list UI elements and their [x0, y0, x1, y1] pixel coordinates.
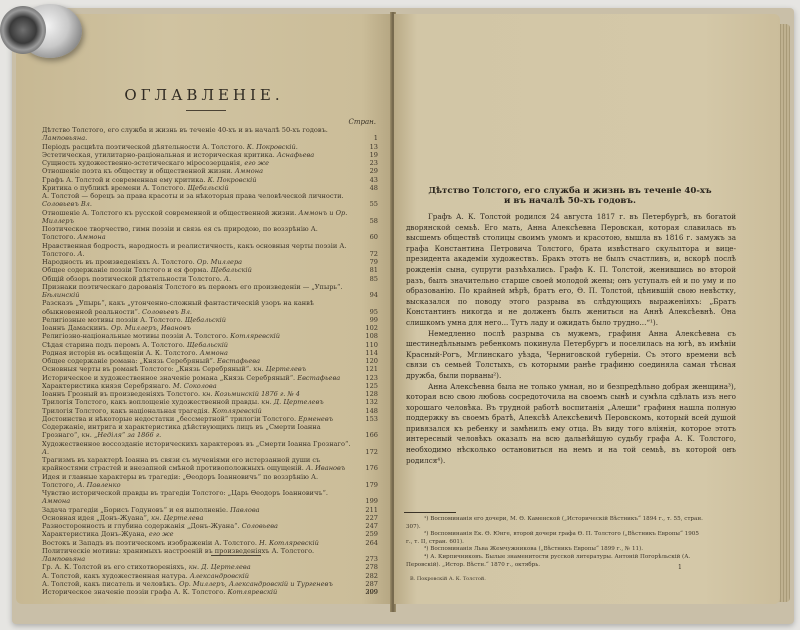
- toc-entry-author: его же: [149, 530, 174, 538]
- toc-entry: Трилогія Толстого, какъ національная тра…: [42, 407, 378, 415]
- toc-entry-text: Общее содержаніе романа: „Князь Серебрян…: [42, 357, 215, 365]
- toc-entry-text: Іоаннъ Дамаскинъ.: [42, 324, 109, 332]
- toc-entry-page: 55: [356, 200, 378, 208]
- toc-entry-title: Общее содержаніе поэзіи Толстого и ея фо…: [42, 266, 378, 274]
- toc-entry-title: А. Толстой, какъ художественная натура. …: [42, 572, 378, 580]
- toc-entry-author: А.: [42, 448, 49, 456]
- toc-entry-author: Евстафьева: [297, 374, 340, 382]
- toc-entry-title: Трилогія Толстого, какъ національная тра…: [42, 407, 378, 415]
- toc-entry-page: 60: [356, 233, 378, 241]
- toc-entry-page: 19: [356, 151, 378, 159]
- toc-entry-title: Родная исторія въ освѣщеніи А. К. Толсто…: [42, 349, 378, 357]
- toc-entry-text: Дѣтство Толстого, его служба и жизнь въ …: [42, 126, 328, 134]
- toc-entry-title: Народность въ произведеніяхъ А. Толстого…: [42, 258, 378, 266]
- printer-signature: В. Покровскій А. К. Толстой.: [410, 576, 486, 582]
- toc-entry-title: Эстетическая, утилитарно-раціональная и …: [42, 151, 378, 159]
- toc-entry: Сѣдая старина подъ перомъ А. Толстого. Щ…: [42, 341, 378, 349]
- toc-entry-page: 166: [356, 431, 378, 439]
- toc-entry-title: Разносторонность и глубина содержанія „Д…: [42, 522, 378, 530]
- toc-entry-author: Ор. Миллеръ, Ивановъ: [111, 324, 191, 332]
- toc-entry-author: Котляревскій: [230, 332, 280, 340]
- toc-entry-page: 43: [356, 176, 378, 184]
- toc-entry-page: 128: [356, 390, 378, 398]
- toc-entry-title: Чувство исторической правды въ трагедіи …: [42, 489, 378, 506]
- chapter-title-line-1: Дѣтство Толстого, его служба и жизнь въ …: [400, 186, 740, 196]
- toc-entry-author: Щебальскій: [187, 341, 228, 349]
- toc-entry: Признаки поэтическаго дарованія Толстого…: [42, 283, 378, 300]
- toc-entry: Общее содержаніе романа: „Князь Серебрян…: [42, 357, 378, 365]
- toc-heading: ОГЛАВЛЕНІЕ.: [16, 86, 392, 104]
- toc-entry-text: Основная идея „Донъ-Жуана“,: [42, 514, 149, 522]
- toc-entry-page: 121: [356, 365, 378, 373]
- toc-entry-page: 120: [356, 357, 378, 365]
- chapter-title-line-2: и въ началѣ 50-хъ годовъ.: [400, 196, 740, 206]
- toc-entry-title: Религіозно-національные мотивы поэзіи А.…: [42, 332, 378, 340]
- toc-entry-author: А. Ивановъ: [306, 464, 345, 472]
- toc-entry-title: Востокъ и Западъ въ поэтическомъ изображ…: [42, 539, 378, 547]
- toc-entry-title: Основная идея „Донъ-Жуана“, кн. Цертелев…: [42, 514, 378, 522]
- toc-entry: Основная идея „Донъ-Жуана“, кн. Цертелев…: [42, 514, 378, 522]
- toc-entry-text: Историческое и художественное значеніе р…: [42, 374, 295, 382]
- toc-entry-title: Признаки поэтическаго дарованія Толстого…: [42, 283, 378, 300]
- toc-entry-page: 81: [356, 266, 378, 274]
- toc-entry-title: Достоинства и нѣкоторые недостатки „бесс…: [42, 415, 378, 423]
- toc-entry-text: Критика о публикѣ времени А. Толстого.: [42, 184, 185, 192]
- toc-entry-author: Щебальскій: [187, 184, 228, 192]
- toc-entry-page: 278: [356, 563, 378, 571]
- toc-entry-page: 176: [356, 464, 378, 472]
- toc-entry-author: А. Павленко: [78, 481, 121, 489]
- toc-entry-author: Аммона: [200, 349, 228, 357]
- toc-entry-page: 23: [356, 159, 378, 167]
- toc-entry-page: 108: [356, 332, 378, 340]
- toc-entry-text: Чувство исторической правды въ трагедіи …: [42, 489, 328, 497]
- toc-entry-author: Ламповьяна: [42, 555, 85, 563]
- toc-entry: Гр. А. К. Толстой въ его стихотвореніяхъ…: [42, 563, 378, 571]
- toc-entry-author: Александровскій: [190, 572, 249, 580]
- toc-entry-title: Характеристика Донъ-Жуана, его же: [42, 530, 378, 538]
- toc-entry-page: 211: [356, 506, 378, 514]
- toc-entry-title: Религіозные мотивы поэзіи А. Толстого. Щ…: [42, 316, 378, 324]
- toc-entry-author: кн. Д. Цертелевъ: [261, 398, 323, 406]
- chapter-title: Дѣтство Толстого, его служба и жизнь въ …: [400, 186, 740, 206]
- toc-entry-title: Графъ А. Толстой и современная ему крити…: [42, 176, 378, 184]
- paragraph: Немедленно послѣ разрыва съ мужемъ, граф…: [406, 329, 736, 382]
- toc-entry: Характеристика Донъ-Жуана, его же259: [42, 530, 378, 538]
- toc-entry-author: Евстафьева: [217, 357, 260, 365]
- toc-entry: Политическіе мотивы: хранимыхъ настроені…: [42, 547, 378, 564]
- toc-entry-page: 13: [356, 143, 378, 151]
- toc-entry-title: Трилогія Толстого, какъ воплощеніе худож…: [42, 398, 378, 406]
- toc-entry-title: Отношеніе поэта къ обществу и общественн…: [42, 167, 378, 175]
- toc-entry-text: Отношеніе А. Толстого къ русской совреме…: [42, 209, 296, 217]
- toc-entry-author: А.: [78, 250, 85, 258]
- toc-entry: Родная исторія въ освѣщеніи А. К. Толсто…: [42, 349, 378, 357]
- toc-entry-title: Іоаннъ Грозный въ произведеніяхъ Толстог…: [42, 390, 378, 398]
- toc-entry-text: Нравственная бодрость, народность и реал…: [42, 242, 346, 258]
- toc-entry-text: Сущность художественно-эстетическаго мір…: [42, 159, 242, 167]
- toc-entry-page: 282: [356, 572, 378, 580]
- toc-entry-author: кн. Цертелевъ: [253, 365, 306, 373]
- toc-entry-page: 125: [356, 382, 378, 390]
- toc-entry-page: 199: [356, 497, 378, 505]
- toc-entry-author: Аммона: [235, 167, 263, 175]
- toc-entry-page: 85: [356, 275, 378, 283]
- toc-entry-text: А. Толстой, какъ художественная натура.: [42, 572, 188, 580]
- toc-entry-author: Котляревскій: [227, 588, 277, 596]
- toc-entry: Идея и главные характеры въ трагедіи: „Ѳ…: [42, 473, 378, 490]
- toc-entry-title: Художественное воссозданіе историческихъ…: [42, 440, 378, 457]
- toc-entry-text: Эстетическая, утилитарно-раціональная и …: [42, 151, 275, 159]
- toc-entry: Достоинства и нѣкоторые недостатки „бесс…: [42, 415, 378, 423]
- toc-entry-text: Сѣдая старина подъ перомъ А. Толстого.: [42, 341, 185, 349]
- toc-entry: А. Толстой — борецъ за права красоты и з…: [42, 192, 378, 209]
- toc-entry-title: А. Толстой — борецъ за права красоты и з…: [42, 192, 378, 209]
- toc-entry-text: Религіозно-національные мотивы поэзіи А.…: [42, 332, 228, 340]
- toc-entry-title: Критика о публикѣ времени А. Толстого. Щ…: [42, 184, 378, 192]
- right-page-chapter: Дѣтство Толстого, его служба и жизнь въ …: [394, 14, 780, 604]
- toc-entry: А. Толстой, какъ художественная натура. …: [42, 572, 378, 580]
- toc-entry-page: 148: [356, 407, 378, 415]
- toc-list: Дѣтство Толстого, его служба и жизнь въ …: [42, 126, 378, 596]
- toc-entry-text: Художественное воссозданіе историческихъ…: [42, 440, 350, 448]
- toc-entry-author: К. Покровскій: [208, 176, 257, 184]
- page-number: 1: [678, 564, 682, 571]
- toc-entry-text: Характеристика князя Серебрянаго.: [42, 382, 171, 390]
- footnote-divider: [404, 512, 456, 513]
- toc-entry: Историческое значеніе поэзіи графа А. К.…: [42, 588, 378, 596]
- toc-entry-text: Разносторонность и глубина содержанія „Д…: [42, 522, 240, 530]
- toc-entry-title: А. Толстой, какъ писатель и человѣкъ. Ор…: [42, 580, 378, 588]
- footnote: ⁴) А. Кирпичниковъ. Былые знаменитости р…: [406, 554, 706, 569]
- toc-entry-page: 99: [356, 316, 378, 324]
- footnote: ³) Воспоминанія Льва Жемчужникова („Вѣст…: [406, 546, 706, 554]
- toc-entry-author: К. Покровскій.: [247, 143, 298, 151]
- toc-entry-title: Разсказъ „Упырь“, какъ „утонченно-сложны…: [42, 299, 378, 316]
- toc-entry: Отношеніе А. Толстого къ русской совреме…: [42, 209, 378, 226]
- toc-entry-text: Графъ А. Толстой и современная ему крити…: [42, 176, 205, 184]
- left-page-toc: ОГЛАВЛЕНІЕ. Стран. Дѣтство Толстого, его…: [16, 14, 392, 604]
- toc-entry-page: 259: [356, 530, 378, 538]
- toc-entry: Художественное воссозданіе историческихъ…: [42, 440, 378, 457]
- toc-entry-text: Политическіе мотивы: хранимыхъ настроені…: [42, 547, 314, 555]
- toc-entry-page: 247: [356, 522, 378, 530]
- toc-entry-text: Характеристика Донъ-Жуана,: [42, 530, 147, 538]
- toc-entry: Религіозно-національные мотивы поэзіи А.…: [42, 332, 378, 340]
- toc-entry: Трилогія Толстого, какъ воплощеніе худож…: [42, 398, 378, 406]
- toc-entry-page: 114: [356, 349, 378, 357]
- toc-entry-title: Сѣдая старина подъ перомъ А. Толстого. Щ…: [42, 341, 378, 349]
- toc-entry-text: Родная исторія въ освѣщеніи А. К. Толсто…: [42, 349, 198, 357]
- toc-entry-page: 153: [356, 415, 378, 423]
- toc-entry-page: 227: [356, 514, 378, 522]
- toc-entry-page: 287: [356, 580, 378, 588]
- toc-entry-author: Павлова: [230, 506, 259, 514]
- toc-entry: Содержаніе, интрига и характеристика дѣй…: [42, 423, 378, 440]
- toc-entry: А. Толстой, какъ писатель и человѣкъ. Ор…: [42, 580, 378, 588]
- toc-entry-title: Историческое и художественное значеніе р…: [42, 374, 378, 382]
- toc-end-divider: [211, 555, 261, 556]
- toc-entry-text: Іоаннъ Грозный въ произведеніяхъ Толстог…: [42, 390, 200, 398]
- toc-entry-author: Ор. Миллера: [197, 258, 242, 266]
- toc-entry-page: 102: [356, 324, 378, 332]
- toc-entry-title: Поэтическое творчество, гимн поэзіи и св…: [42, 225, 378, 242]
- toc-entry-author: Соловьевъ Вл.: [42, 200, 92, 208]
- toc-entry-text: Историческое значеніе поэзіи графа А. К.…: [42, 588, 225, 596]
- toc-entry-title: Содержаніе, интрига и характеристика дѣй…: [42, 423, 378, 440]
- toc-entry: Поэтическое творчество, гимн поэзіи и св…: [42, 225, 378, 242]
- toc-entry-title: Іоаннъ Дамаскинъ. Ор. Миллеръ, Ивановъ: [42, 324, 378, 332]
- toc-entry-author: его же: [244, 159, 269, 167]
- toc-entry-text: А. Толстой — борецъ за права красоты и з…: [42, 192, 344, 200]
- footnote: ¹) Воспоминанія его дочери, М. Ѳ. Каменс…: [406, 516, 706, 531]
- toc-entry-title: Гр. А. К. Толстой въ его стихотвореніяхъ…: [42, 563, 378, 571]
- toc-entry-text: Задача трагедіи „Борисъ Годуновъ“ и ея в…: [42, 506, 228, 514]
- toc-entry: Характеристика князя Серебрянаго. М. Сок…: [42, 382, 378, 390]
- toc-entry-text: Трагизмъ въ характерѣ Іоанна въ связи съ…: [42, 456, 320, 472]
- toc-entry-title: Задача трагедіи „Борисъ Годуновъ“ и ея в…: [42, 506, 378, 514]
- toc-entry-text: А. Толстой, какъ писатель и человѣкъ.: [42, 580, 177, 588]
- toc-entry: Іоаннъ Дамаскинъ. Ор. Миллеръ, Ивановъ10…: [42, 324, 378, 332]
- toc-entry-author: Щебальскій: [211, 266, 252, 274]
- paragraph: Анна Алексѣевна была не только умная, но…: [406, 382, 736, 467]
- toc-entry-text: Трилогія Толстого, какъ воплощеніе худож…: [42, 398, 259, 406]
- toc-entry-text: Достоинства и нѣкоторые недостатки „бесс…: [42, 415, 296, 423]
- toc-entry: Нравственная бодрость, народность и реал…: [42, 242, 378, 259]
- toc-entry-page: 273: [356, 555, 378, 563]
- toc-entry-author: кн. „Неділя“ за 1866 г.: [81, 431, 161, 439]
- toc-entry-title: Нравственная бодрость, народность и реал…: [42, 242, 378, 259]
- toc-entry-author: Соловьева: [242, 522, 278, 530]
- toc-entry-author: Котляревскій: [212, 407, 262, 415]
- toc-entry-text: Періодъ расцвѣта поэтической дѣятельност…: [42, 143, 245, 151]
- toc-entry: Народность въ произведеніяхъ А. Толстого…: [42, 258, 378, 266]
- toc-entry-author: кн. Цертелева: [151, 514, 203, 522]
- toc-entry-title: Общій обзоръ поэтической дѣятельности То…: [42, 275, 378, 283]
- toc-entry-text: Востокъ и Западъ въ поэтическомъ изображ…: [42, 539, 257, 547]
- toc-entry-page: 172: [356, 448, 378, 456]
- metal-clip-weight: [0, 0, 82, 62]
- toc-entry: Востокъ и Западъ въ поэтическомъ изображ…: [42, 539, 378, 547]
- toc-entry-text: Религіозные мотивы поэзіи А. Толстого.: [42, 316, 183, 324]
- toc-entry-page: 48: [356, 184, 378, 192]
- toc-entry: Критика о публикѣ времени А. Толстого. Щ…: [42, 184, 378, 192]
- toc-entry-page: 123: [356, 374, 378, 382]
- toc-entry-author: А.: [224, 275, 231, 283]
- toc-entry-author: Н. Котляревскій: [259, 539, 319, 547]
- toc-entry-author: Аснафьева: [277, 151, 314, 159]
- toc-entry: Періодъ расцвѣта поэтической дѣятельност…: [42, 143, 378, 151]
- toc-divider: [186, 110, 226, 111]
- toc-entry: Дѣтство Толстого, его служба и жизнь въ …: [42, 126, 378, 143]
- toc-entry-title: Общее содержаніе романа: „Князь Серебрян…: [42, 357, 378, 365]
- toc-entry-text: Основныя черты въ романѣ Толстого: „Княз…: [42, 365, 251, 373]
- toc-entry-page: 29: [356, 167, 378, 175]
- toc-entry-text: Гр. А. К. Толстой въ его стихотвореніяхъ…: [42, 563, 187, 571]
- toc-entry-title: Историческое значеніе поэзіи графа А. К.…: [42, 588, 378, 596]
- toc-entry-page: 309: [356, 588, 378, 596]
- toc-entry-author: Щебальскій: [185, 316, 226, 324]
- toc-entry-text: Признаки поэтическаго дарованія Толстого…: [42, 283, 342, 291]
- toc-entry-author: Ламповьяна.: [42, 134, 87, 142]
- toc-entry-page: 58: [356, 217, 378, 225]
- toc-entry-title: Политическіе мотивы: хранимыхъ настроені…: [42, 547, 378, 564]
- footnote: ²) Воспоминанія Ек. Ѳ. Юнге, второй доче…: [406, 531, 706, 546]
- toc-entry-text: Отношеніе поэта къ обществу и общественн…: [42, 167, 233, 175]
- toc-entry: Общій обзоръ поэтической дѣятельности То…: [42, 275, 378, 283]
- toc-entry: Религіозные мотивы поэзіи А. Толстого. Щ…: [42, 316, 378, 324]
- chapter-body: Графъ А. К. Толстой родился 24 августа 1…: [406, 212, 736, 466]
- toc-entry-author: кн. Козьминскій 1876 г. № 4: [202, 390, 300, 398]
- toc-entry: Чувство исторической правды въ трагедіи …: [42, 489, 378, 506]
- toc-entry-title: Отношеніе А. Толстого къ русской совреме…: [42, 209, 378, 226]
- toc-entry-page: 179: [356, 481, 378, 489]
- toc-entry-author: Соловьевъ Вл.: [142, 308, 192, 316]
- toc-entry-author: кн. Д. Цертелева: [189, 563, 251, 571]
- toc-entry: Задача трагедіи „Борисъ Годуновъ“ и ея в…: [42, 506, 378, 514]
- toc-entry-text: Общій обзоръ поэтической дѣятельности То…: [42, 275, 222, 283]
- toc-entry: Эстетическая, утилитарно-раціональная и …: [42, 151, 378, 159]
- paragraph: Графъ А. К. Толстой родился 24 августа 1…: [406, 212, 736, 329]
- toc-entry-page: 72: [356, 250, 378, 258]
- toc-entry-page: 79: [356, 258, 378, 266]
- toc-entry-title: Основныя черты въ романѣ Толстого: „Княз…: [42, 365, 378, 373]
- toc-entry-title: Характеристика князя Серебрянаго. М. Сок…: [42, 382, 378, 390]
- toc-entry: Разносторонность и глубина содержанія „Д…: [42, 522, 378, 530]
- page-column-label: Стран.: [349, 118, 376, 126]
- toc-entry-author: Аммона: [78, 233, 106, 241]
- toc-entry-title: Сущность художественно-эстетическаго мір…: [42, 159, 378, 167]
- toc-entry-author: Ор. Миллеръ, Александровскій и Тургеневъ: [179, 580, 333, 588]
- toc-entry-author: Ерменевъ: [298, 415, 333, 423]
- toc-entry-author: М. Соколова: [173, 382, 217, 390]
- toc-entry-title: Періодъ расцвѣта поэтической дѣятельност…: [42, 143, 378, 151]
- toc-entry: Общее содержаніе поэзіи Толстого и ея фо…: [42, 266, 378, 274]
- clip-cap: [0, 6, 46, 54]
- toc-entry-page: 264: [356, 539, 378, 547]
- toc-entry-author: Бѣлинскій: [42, 291, 79, 299]
- toc-entry-page: 94: [356, 291, 378, 299]
- toc-entry: Сущность художественно-эстетическаго мір…: [42, 159, 378, 167]
- toc-entry: Основныя черты въ романѣ Толстого: „Княз…: [42, 365, 378, 373]
- toc-entry: Отношеніе поэта къ обществу и общественн…: [42, 167, 378, 175]
- footnotes: ¹) Воспоминанія его дочери, М. Ѳ. Каменс…: [406, 516, 706, 569]
- toc-entry: Іоаннъ Грозный въ произведеніяхъ Толстог…: [42, 390, 378, 398]
- toc-entry-page: 110: [356, 341, 378, 349]
- toc-entry-page: 1: [356, 134, 378, 142]
- toc-entry-text: Общее содержаніе поэзіи Толстого и ея фо…: [42, 266, 209, 274]
- toc-entry-text: Трилогія Толстого, какъ національная тра…: [42, 407, 210, 415]
- toc-entry-title: Трагизмъ въ характерѣ Іоанна въ связи съ…: [42, 456, 378, 473]
- toc-entry-page: 95: [356, 308, 378, 316]
- toc-entry: Разсказъ „Упырь“, какъ „утонченно-сложны…: [42, 299, 378, 316]
- toc-entry-title: Дѣтство Толстого, его служба и жизнь въ …: [42, 126, 378, 143]
- toc-entry-text: Народность въ произведеніяхъ А. Толстого…: [42, 258, 195, 266]
- toc-entry: Трагизмъ въ характерѣ Іоанна въ связи съ…: [42, 456, 378, 473]
- toc-entry-author: Аммона: [42, 497, 70, 505]
- toc-entry-page: 132: [356, 398, 378, 406]
- toc-entry: Историческое и художественное значеніе р…: [42, 374, 378, 382]
- toc-entry-title: Идея и главные характеры въ трагедіи: „Ѳ…: [42, 473, 378, 490]
- toc-entry: Графъ А. Толстой и современная ему крити…: [42, 176, 378, 184]
